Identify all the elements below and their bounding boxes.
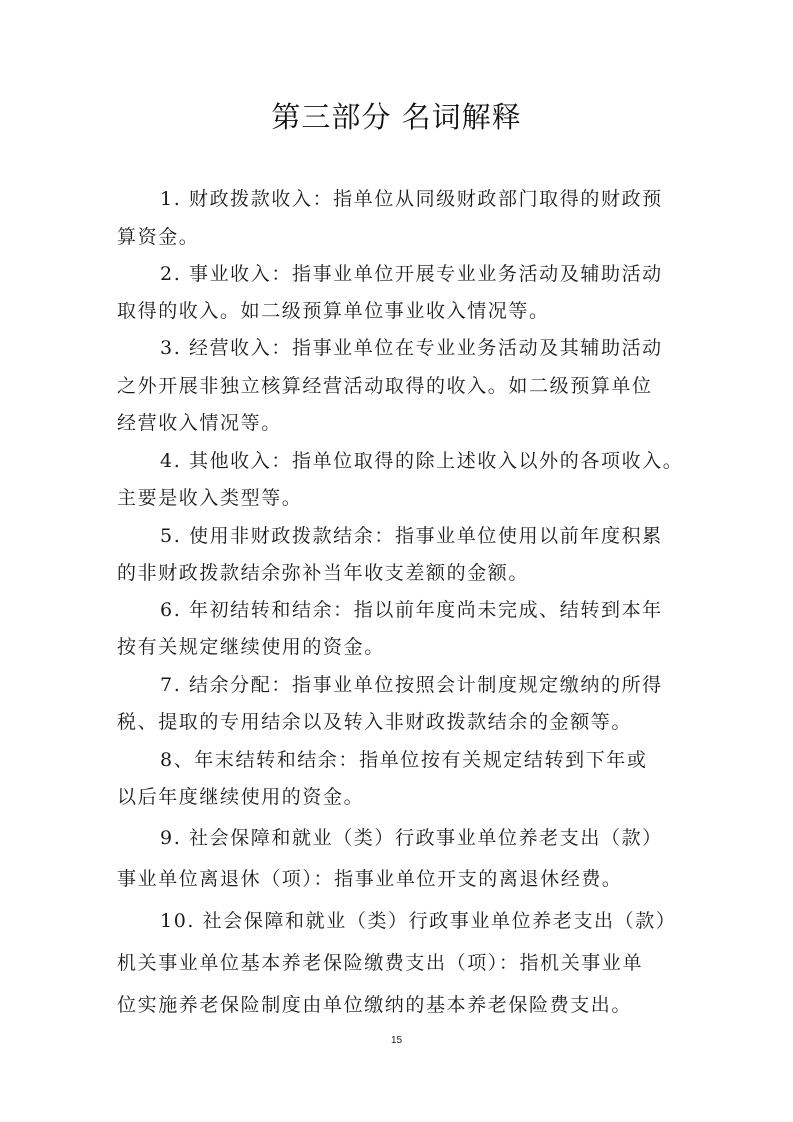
definition-7-line-2: 税、提取的专用结余以及转入非财政拨款结余的金额等。 [117, 707, 687, 737]
definition-1-line-1: 1. 财政拨款收入：指单位从同级财政部门取得的财政预 [160, 184, 687, 214]
definition-3-line-1: 3. 经营收入：指事业单位在专业业务活动及其辅助活动 [160, 333, 687, 363]
definition-9-line-1: 9. 社会保障和就业（类）行政事业单位养老支出（款） [160, 823, 687, 853]
definition-6-line-1: 6. 年初结转和结余：指以前年度尚未完成、结转到本年 [160, 595, 687, 625]
definition-5-line-1: 5. 使用非财政拨款结余：指事业单位使用以前年度积累 [160, 521, 687, 551]
page-title: 第三部分 名词解释 [0, 97, 793, 137]
page-number: 15 [0, 1035, 793, 1046]
document-page: 第三部分 名词解释 1. 财政拨款收入：指单位从同级财政部门取得的财政预 算资金… [0, 0, 793, 1122]
definition-5-line-2: 的非财政拨款结余弥补当年收支差额的金额。 [117, 558, 687, 588]
definition-10-line-1: 10. 社会保障和就业（类）行政事业单位养老支出（款） [160, 906, 687, 936]
definition-10-line-3: 位实施养老保险制度由单位缴纳的基本养老保险费支出。 [117, 990, 687, 1020]
definition-7-line-1: 7. 结余分配：指事业单位按照会计制度规定缴纳的所得 [160, 670, 687, 700]
definition-4-line-2: 主要是收入类型等。 [117, 483, 687, 513]
definition-3-line-3: 经营收入情况等。 [117, 408, 687, 438]
definition-2-line-1: 2. 事业收入：指事业单位开展专业业务活动及辅助活动 [160, 259, 687, 289]
definition-9-line-2: 事业单位离退休（项）：指事业单位开支的离退休经费。 [117, 864, 687, 894]
definition-8-line-2: 以后年度继续使用的资金。 [117, 782, 687, 812]
definition-1-line-2: 算资金。 [117, 222, 687, 252]
definition-2-line-2: 取得的收入。如二级预算单位事业收入情况等。 [117, 296, 687, 326]
definition-3-line-2: 之外开展非独立核算经营活动取得的收入。如二级预算单位 [117, 371, 687, 401]
definition-8-line-1: 8、年末结转和结余：指单位按有关规定结转到下年或 [160, 745, 687, 775]
definition-6-line-2: 按有关规定继续使用的资金。 [117, 632, 687, 662]
definition-10-line-2: 机关事业单位基本养老保险缴费支出（项）：指机关事业单 [117, 948, 687, 978]
definition-4-line-1: 4. 其他收入：指单位取得的除上述收入以外的各项收入。 [160, 446, 687, 476]
